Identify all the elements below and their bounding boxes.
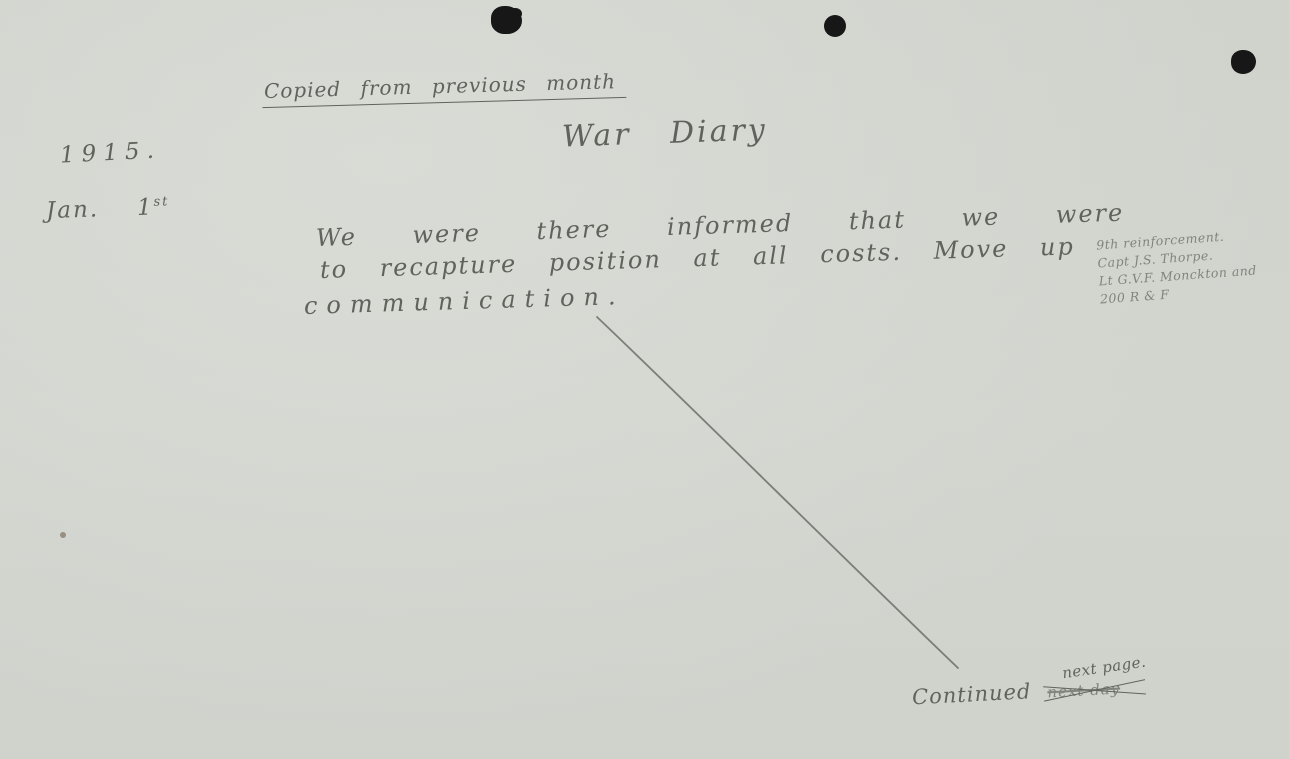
entry-date-day: 1 (137, 194, 155, 221)
entry-year: 1915. (59, 137, 161, 168)
entry-date-suffix: st (153, 194, 169, 210)
diagonal-pencil-line (0, 0, 1289, 759)
page-title: War Diary (561, 112, 768, 154)
hole-punch-icon (1231, 50, 1256, 74)
diary-entry-line: communication. (304, 282, 625, 320)
continued-correction-group: next page.next day (1047, 675, 1121, 703)
entry-date: Jan.1st (46, 194, 170, 224)
hole-punch-icon (491, 6, 522, 34)
hole-punch-icon (824, 15, 846, 37)
continued-label: Continued (912, 679, 1032, 709)
continued-correction-text: next page. (1061, 653, 1147, 683)
copied-from-note: Copied from previous month (262, 69, 627, 108)
entry-date-month: Jan. (46, 196, 100, 224)
margin-note: 9th reinforcement. Capt J.S. Thorpe. Lt … (1096, 226, 1259, 309)
diary-page: Copied from previous month War Diary 191… (0, 0, 1289, 759)
continued-note: Continuednext page.next day (912, 675, 1121, 710)
paper-speck (60, 532, 66, 538)
continued-crossed-out-text: next day (1047, 680, 1121, 702)
